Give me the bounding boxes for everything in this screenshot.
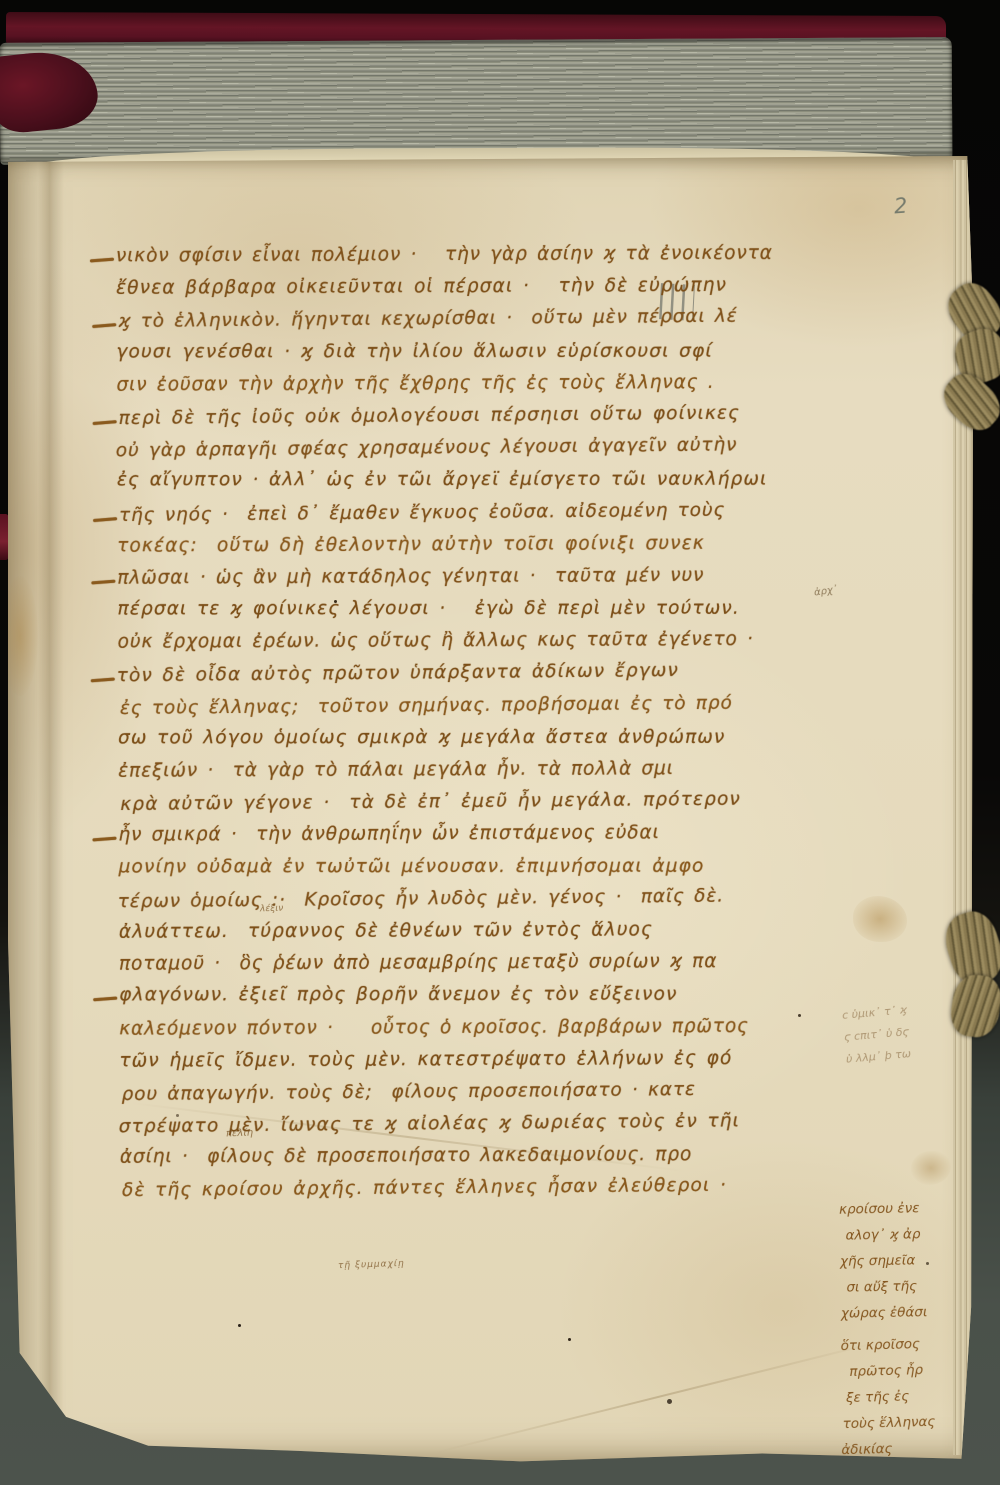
manuscript-photo: 2 νικὸν σφίσιν εἶναι πολέμιον · τὴν γὰρ … [0, 0, 1000, 1485]
paragraphos-mark [93, 517, 117, 522]
text: δὲ τῆς κροίσου ἀρχῆς. πάντες ἕλληνες ἦσα… [122, 1175, 727, 1201]
folio-page-number: 2 [893, 194, 908, 219]
ink-specks [238, 1324, 241, 1327]
margin-note-line: χῆς σημεῖα [840, 1247, 927, 1275]
text: πρῶτος ἦρ [849, 1357, 923, 1385]
text: ὑ λλμ᾽ ϸ τω [845, 1043, 912, 1071]
parchment-stain [2, 576, 38, 696]
text: ποταμοῦ · ὃς ῥέων ἀπὸ μεσαμβρίης μεταξὺ … [119, 951, 717, 975]
text: χώρας ἐθάσι [841, 1299, 928, 1327]
text: ϗ τὸ ἑλληνικὸν. ἥγηνται κεχωρίσθαι · οὕτ… [118, 306, 738, 332]
margin-note-line: ξε τῆς ἐς [846, 1383, 935, 1411]
paragraphos-mark [91, 580, 115, 585]
text: φλαγόνων. ἐξιεῖ πρὸς βορῆν ἄνεμον ἐς τὸν… [119, 984, 677, 1006]
manuscript-line: τοκέας: οὕτω δὴ ἐθελοντὴν αὐτὴν τοῖσι φο… [117, 532, 807, 567]
text: οὐκ ἔρχομαι ἐρέων. ὡς οὕτως ἢ ἄλλως κως … [118, 629, 754, 653]
manuscript-line: ἀλυάττεω. τύραννος δὲ ἐθνέων τῶν ἐντὸς ἅ… [119, 918, 809, 953]
text: σι αὔξ τῆς [846, 1273, 917, 1300]
text: ἐς τοὺς ἕλληνας; τοῦτον σημήνας. προβήσο… [120, 692, 733, 718]
text: κρὰ αὐτῶν γέγονε · τὰ δὲ ἐπ᾽ ἐμεῦ ἦν μεγ… [120, 789, 741, 815]
text: νικὸν σφίσιν εἶναι πολέμιον · τὴν γὰρ ἀσ… [116, 243, 773, 267]
manuscript-line: ἔθνεα βάρβαρα οἰκειεῦνται οἱ πέρσαι · τὴ… [116, 275, 806, 310]
manuscript-line: πλῶσαι · ὡς ἂν μὴ κατάδηλος γένηται · τα… [117, 564, 807, 599]
manuscript-line: ἐπεξιών · τὰ γὰρ τὸ πάλαι μεγάλα ἦν. τὰ … [118, 757, 808, 792]
text: τῶν ἡμεῖς ἴδμεν. τοὺς μὲν. κατεστρέψατο … [119, 1048, 732, 1072]
manuscript-line: ϗ τὸ ἑλληνικὸν. ἥγηνται κεχωρίσθαι · οὕτ… [118, 305, 808, 343]
interlinear-gloss: λέξιν [260, 904, 284, 915]
text: σω τοῦ λόγου ὁμοίως σμικρὰ ϗ μεγάλα ἄστε… [118, 726, 725, 748]
text: τῆς νηός · ἐπεὶ δ᾽ ἔμαθεν ἔγκυος ἐοῦσα. … [119, 499, 725, 525]
text: σιν ἐοῦσαν τὴν ἀρχὴν τῆς ἔχθρης τῆς ἐς τ… [116, 372, 714, 396]
text: στρέψατο μὲν. ἴωνας τε ϗ αἰολέας ϗ δωριέ… [119, 1110, 740, 1137]
text: ἔθνεα βάρβαρα οἰκειεῦνται οἱ πέρσαι · τὴ… [116, 275, 727, 299]
manuscript-line: ἦν σμικρά · τὴν ἀνθρωπηΐην ὦν ἐπιστάμενο… [118, 822, 808, 857]
paragraphos-mark [92, 324, 116, 329]
text: αλογ᾽ ϗ ἀρ [845, 1221, 920, 1248]
text: τὸν δὲ οἶδα αὐτὸς πρῶτον ὑπάρξαντα ἀδίκω… [117, 660, 679, 686]
text: ξε τῆς ἐς [846, 1383, 910, 1411]
manuscript-line: κρὰ αὐτῶν γέγονε · τὰ δὲ ἐπ᾽ ἐμεῦ ἦν μεγ… [120, 788, 810, 826]
paragraphos-mark [93, 420, 117, 425]
closed-pages-stack-edge [0, 37, 952, 163]
interlinear-gloss: πελίη [226, 1128, 253, 1140]
interlinear-gloss: τῇ ξυμμαχίῃ [338, 1259, 405, 1271]
manuscript-line: μονίην οὐδαμὰ ἐν τωὐτῶι μένουσαν. ἐπιμνή… [119, 855, 809, 888]
parchment-stain [853, 896, 907, 942]
manuscript-line: στρέψατο μὲν. ἴωνας τε ϗ αἰολέας ϗ δωριέ… [119, 1110, 809, 1149]
text: ἐς αἴγυπτον · ἀλλ᾽ ὡς ἐν τῶι ἄργεϊ ἐμίσγ… [117, 469, 768, 491]
margin-scribble: ἀρχ᾽ [813, 584, 838, 598]
text: οὐ γὰρ ἁρπαγῆι σφέας χρησαμένους λέγουσι… [116, 434, 738, 461]
text: ρου ἀπαγωγήν. τοὺς δὲ; φίλους προσεποιήσ… [121, 1079, 695, 1105]
margin-note-line: ὑ λλμ᾽ ϸ τω [845, 1043, 912, 1071]
manuscript-line: καλεόμενον πόντον · οὗτος ὁ κροῖσος. βαρ… [119, 1015, 809, 1050]
text: κροίσου ἐνε [839, 1195, 920, 1222]
text: τοκέας: οὕτω δὴ ἐθελοντὴν αὐτὴν τοῖσι φο… [117, 533, 705, 557]
margin-note-line: σι αὔξ τῆς [846, 1273, 927, 1300]
text: ἐπεξιών · τὰ γὰρ τὸ πάλαι μεγάλα ἦν. τὰ … [118, 758, 674, 781]
margin-note-line: πρῶτος ἦρ [849, 1357, 934, 1385]
text: πλῶσαι · ὡς ἂν μὴ κατάδηλος γένηται · τα… [117, 565, 704, 589]
manuscript-line: νικὸν σφίσιν εἶναι πολέμιον · τὴν γὰρ ἀσ… [116, 242, 806, 277]
parchment-crease [435, 1340, 882, 1453]
paragraphos-mark [92, 837, 116, 842]
paragraphos-mark [90, 258, 114, 263]
margin-note-upper: κροίσου ἐνεαλογ᾽ ϗ ἀρχῆς σημεῖασι αὔξ τῆ… [839, 1195, 928, 1326]
manuscript-line: τῆς νηός · ἐπεὶ δ᾽ ἔμαθεν ἔγκυος ἐοῦσα. … [119, 498, 809, 536]
text: τοὺς ἕλληνας [842, 1409, 935, 1437]
manuscript-line: ἀσίηι · φίλους δὲ προσεποιήσατο λακεδαιμ… [120, 1144, 810, 1179]
paragraphos-mark [93, 997, 117, 1002]
margin-note-lower: ὅτι κροῖσοςπρῶτος ἦρξε τῆς ἐςτοὺς ἕλληνα… [840, 1331, 936, 1463]
manuscript-line: δὲ τῆς κροίσου ἀρχῆς. πάντες ἕλληνες ἦσα… [122, 1174, 812, 1212]
manuscript-line: πέρσαι τε ϗ φοίνικες λέγουσι · ἐγὼ δὲ πε… [117, 598, 807, 631]
manuscript-line: σω τοῦ λόγου ὁμοίως σμικρὰ ϗ μεγάλα ἄστε… [118, 726, 808, 759]
text: περὶ δὲ τῆς ἰοῦς οὐκ ὁμολογέουσι πέρσηισ… [119, 403, 741, 429]
manuscript-line: φλαγόνων. ἐξιεῖ πρὸς βορῆν ἄνεμον ἐς τὸν… [119, 984, 809, 1017]
manuscript-line: οὐ γὰρ ἁρπαγῆι σφέας χρησαμένους λέγουσι… [116, 434, 806, 473]
text: μονίην οὐδαμὰ ἐν τωὐτῶι μένουσαν. ἐπιμνή… [119, 855, 705, 877]
manuscript-line: ἐς αἴγυπτον · ἀλλ᾽ ὡς ἐν τῶι ἄργεϊ ἐμίσγ… [117, 469, 807, 502]
manuscript-line: γουσι γενέσθαι · ϗ διὰ τὴν ἰλίου ἅλωσιν … [116, 340, 806, 373]
margin-note-line: χώρας ἐθάσι [841, 1299, 928, 1327]
margin-note-line: κροίσου ἐνε [839, 1195, 926, 1223]
manuscript-line: ποταμοῦ · ὃς ῥέων ἀπὸ μεσαμβρίης μεταξὺ … [119, 951, 809, 986]
parchment-stain [911, 1151, 951, 1185]
manuscript-line: τῶν ἡμεῖς ἴδμεν. τοὺς μὲν. κατεστρέψατο … [119, 1047, 809, 1082]
text: ἀλυάττεω. τύραννος δὲ ἐθνέων τῶν ἐντὸς ἅ… [119, 919, 653, 942]
margin-note-faint: ϲ ὑμικ᾽ τ᾽ ϗϛ ϲπιτ᾽ ὑ δϛὑ λλμ᾽ ϸ τω [841, 999, 912, 1070]
text: χῆς σημεῖα [840, 1247, 916, 1274]
text-lines: νικὸν σφίσιν εἶναι πολέμιον · τὴν γὰρ ἀσ… [116, 242, 810, 1211]
text: καλεόμενον πόντον · οὗτος ὁ κροῖσος. βαρ… [119, 1015, 749, 1039]
gutter-shadow [38, 156, 64, 1464]
text: γουσι γενέσθαι · ϗ διὰ τὴν ἰλίου ἅλωσιν … [116, 340, 712, 362]
paragraphos-mark [91, 678, 115, 683]
parchment-page: 2 νικὸν σφίσιν εἶναι πολέμιον · τὴν γὰρ … [8, 156, 975, 1464]
text: ἀσίηι · φίλους δὲ προσεποιήσατο λακεδαιμ… [120, 1144, 692, 1167]
margin-note-line: τοὺς ἕλληνας [842, 1409, 935, 1437]
manuscript-line: ἐς τοὺς ἕλληνας; τοῦτον σημήνας. προβήσο… [120, 692, 810, 730]
manuscript-line: οὐκ ἔρχομαι ἐρέων. ὡς οὕτως ἢ ἄλλως κως … [118, 629, 808, 664]
manuscript-line: σιν ἐοῦσαν τὴν ἀρχὴν τῆς ἔχθρης τῆς ἐς τ… [116, 371, 806, 406]
text: ἦν σμικρά · τὴν ἀνθρωπηΐην ὦν ἐπιστάμενο… [118, 823, 659, 846]
text: ἀδικίας [841, 1436, 893, 1463]
manuscript-line: τέρων ὁμοίως :· Κροῖσος ἦν λυδὸς μὲν. γέ… [118, 884, 808, 923]
margin-note-line: ἀδικίας [841, 1435, 936, 1463]
text: τέρων ὁμοίως :· Κροῖσος ἦν λυδὸς μὲν. γέ… [118, 885, 725, 912]
margin-note-line: ὅτι κροῖσος [840, 1331, 933, 1359]
text: πέρσαι τε ϗ φοίνικες λέγουσι · ἐγὼ δὲ πε… [117, 598, 739, 620]
text: ὅτι κροῖσος [840, 1331, 920, 1359]
margin-note-line: αλογ᾽ ϗ ἀρ [845, 1221, 926, 1248]
